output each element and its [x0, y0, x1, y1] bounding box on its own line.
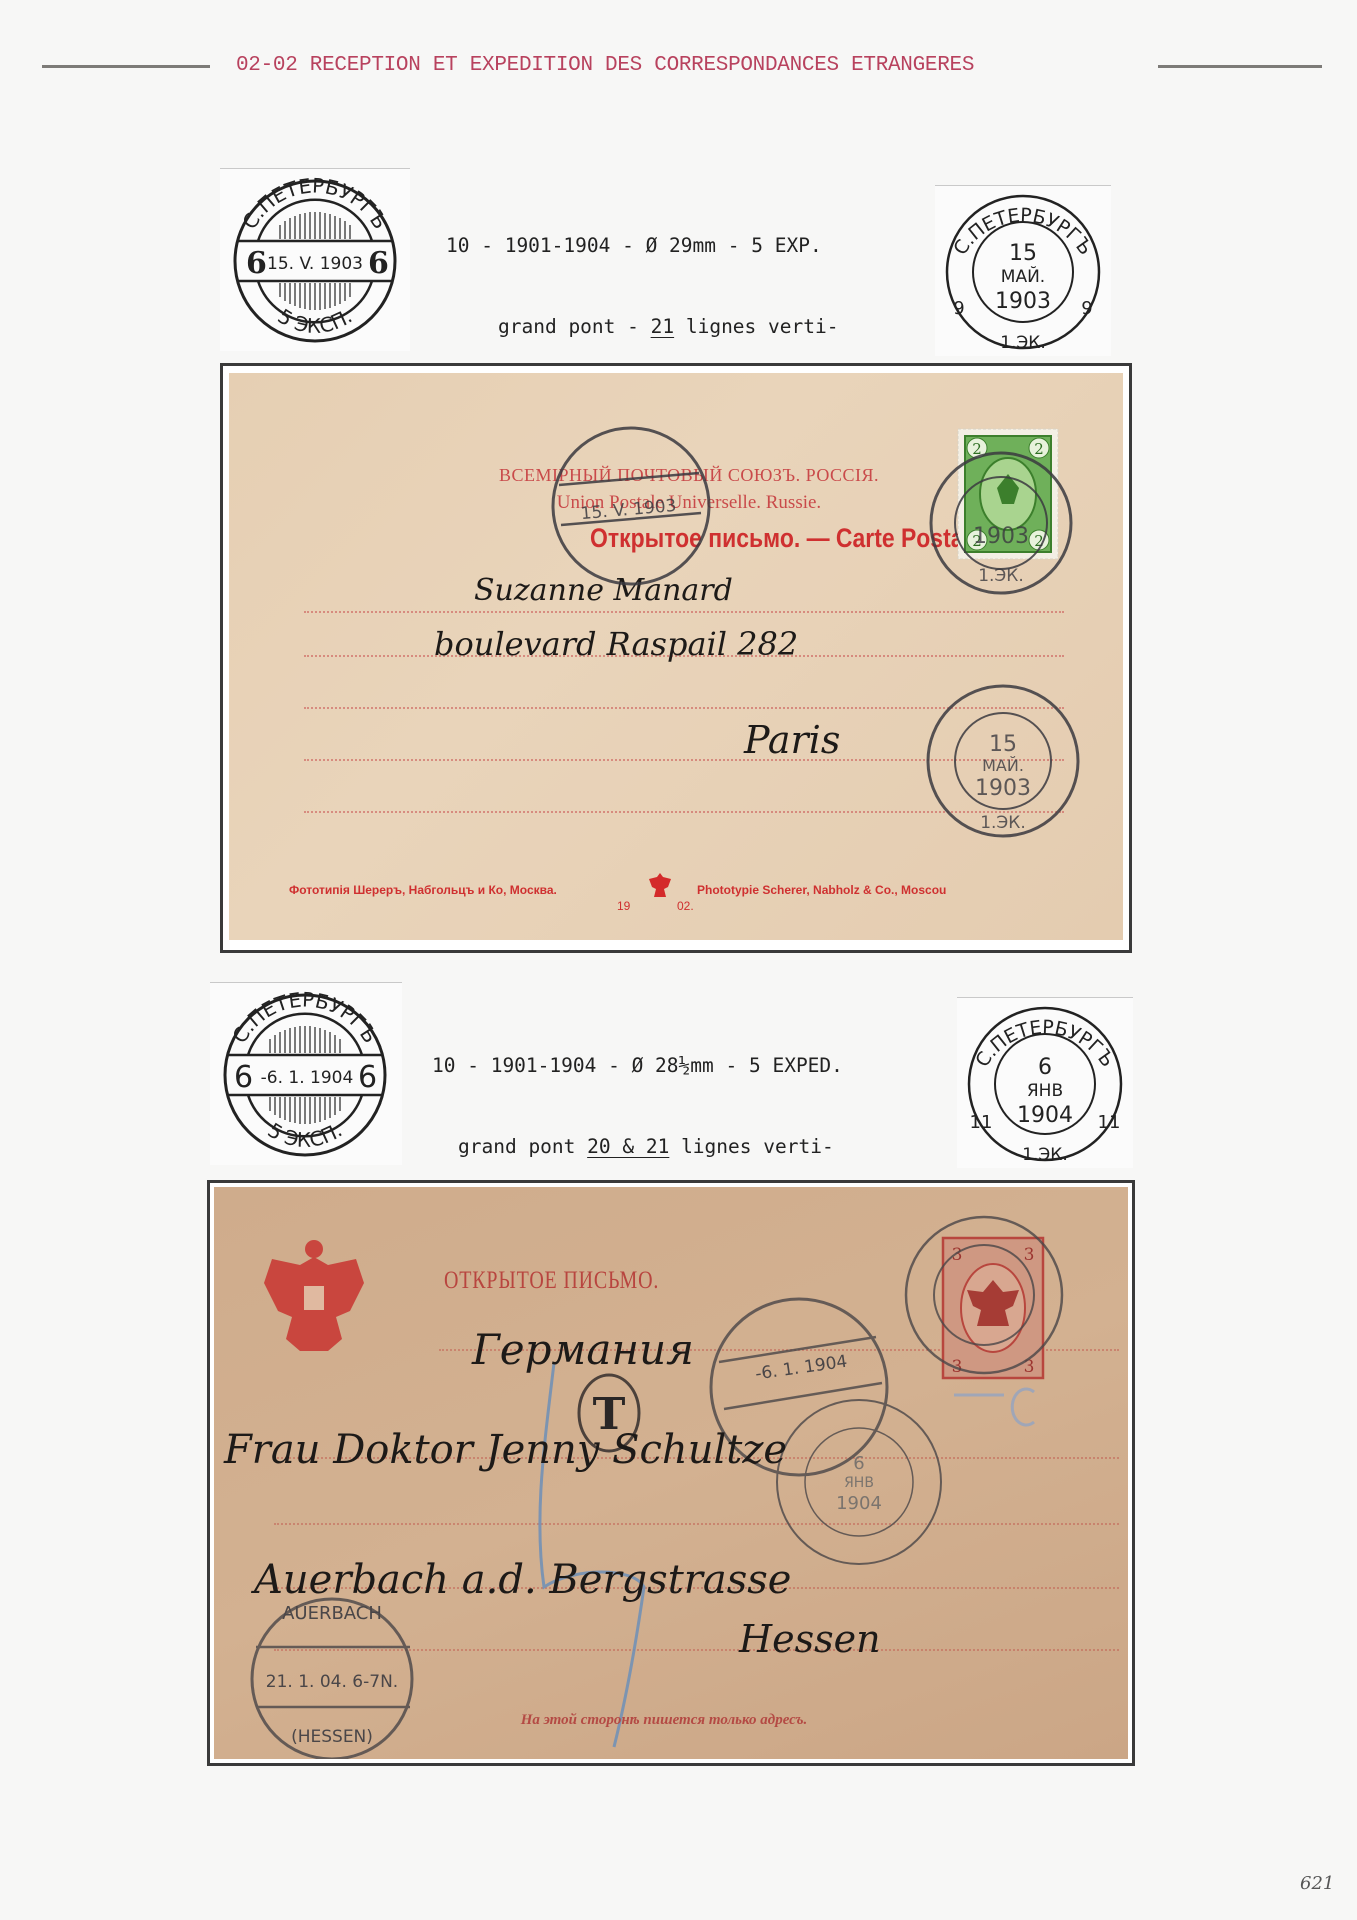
svg-text:-6. 1. 1904: -6. 1. 1904 [261, 1068, 354, 1088]
postcard-1903: ВСЕМІРНЫЙ ПОЧТОВЫЙ СОЮЗЪ. РОССІЯ. Union … [229, 373, 1123, 940]
card-postmarks: T -6. 1. 1904 6 ЯНВ 1904 AUERBACH 21. 1.… [214, 1187, 1128, 1759]
svg-text:ЯНВ: ЯНВ [1027, 1081, 1063, 1101]
header-rule-left [42, 65, 210, 68]
postcard-mount-2: ОТКРЫТОЕ ПИСЬМО. 3 3 3 3 [207, 1180, 1135, 1766]
svg-text:МАЙ.: МАЙ. [982, 756, 1024, 775]
svg-text:6: 6 [358, 1060, 377, 1095]
svg-text:9: 9 [953, 298, 964, 319]
svg-text:1903: 1903 [973, 524, 1029, 549]
svg-text:6: 6 [368, 246, 389, 281]
svg-text:6: 6 [853, 1453, 864, 1474]
origin-cancel-illustration-2: С.ПЕТЕРБУРГЪ 1.ЭК. 6 ЯНВ 1904 11 11 [957, 997, 1133, 1168]
svg-text:1.ЭК.: 1.ЭК. [980, 813, 1026, 833]
description-line: 10 - 1901-1904 - Ø 28½mm - 5 EXPED. [432, 1052, 843, 1079]
description-line: grand pont 20 & 21 lignes verti- [432, 1133, 843, 1160]
card-postmarks: 15. V. 1903 15 МАЙ. 1903 1.ЭК. 1903 1.ЭК… [229, 373, 1123, 940]
svg-text:1903: 1903 [975, 776, 1031, 801]
svg-text:1.ЭК.: 1.ЭК. [1022, 1145, 1068, 1165]
postcard-1904: ОТКРЫТОЕ ПИСЬМО. 3 3 3 3 [214, 1187, 1128, 1759]
svg-text:6: 6 [1038, 1055, 1052, 1080]
printer-imprint-ru: Фототипія Шереръ, Набгольцъ и Ко, Москва… [289, 883, 557, 897]
page-header: 02-02 RECEPTION ET EXPEDITION DES CORRES… [0, 52, 1357, 82]
postcard-mount-1: ВСЕМІРНЫЙ ПОЧТОВЫЙ СОЮЗЪ. РОССІЯ. Union … [220, 363, 1132, 953]
description-line: 10 - 1901-1904 - Ø 29mm - 5 EXP. [446, 232, 838, 259]
svg-text:6: 6 [246, 246, 267, 281]
svg-text:1903: 1903 [995, 289, 1051, 314]
print-year-left: 19 [617, 899, 630, 913]
imperial-eagle-icon [647, 871, 673, 901]
svg-text:1.ЭК.: 1.ЭК. [1000, 333, 1046, 353]
svg-text:МАЙ.: МАЙ. [1001, 265, 1045, 287]
address-line: Германия [472, 1325, 694, 1374]
transit-cancel-illustration-2: С.ПЕТЕРБУРГЪ 5 ЭКСП. 6 6 -6. 1. 1904 [210, 982, 402, 1165]
address-line: Auerbach a.d. Bergstrasse [254, 1557, 791, 1603]
svg-text:11: 11 [970, 1112, 993, 1133]
svg-text:15. V. 1903: 15. V. 1903 [267, 254, 363, 274]
svg-text:AUERBACH: AUERBACH [282, 1603, 382, 1624]
header-rule-right [1158, 65, 1322, 68]
transit-cancel-illustration-1: С.ПЕТЕРБУРГЪ 5 ЭКСП. 6 6 15. V. 1903 [220, 168, 410, 351]
svg-text:15: 15 [1009, 241, 1037, 266]
page-number: 621 [1300, 1873, 1334, 1894]
svg-text:1.ЭК.: 1.ЭК. [978, 566, 1024, 586]
svg-text:9: 9 [1081, 298, 1092, 319]
svg-text:15. V. 1903: 15. V. 1903 [580, 496, 677, 524]
svg-text:(HESSEN): (HESSEN) [291, 1727, 373, 1747]
svg-text:-6. 1. 1904: -6. 1. 1904 [754, 1352, 849, 1385]
svg-text:1904: 1904 [836, 1493, 882, 1514]
print-year-right: 02. [677, 899, 694, 913]
svg-text:11: 11 [1098, 1112, 1121, 1133]
printer-imprint-fr: Phototypie Scherer, Nabholz & Co., Mosco… [697, 883, 946, 897]
svg-text:15: 15 [989, 732, 1017, 757]
svg-text:1904: 1904 [1017, 1103, 1073, 1128]
description-line: grand pont - 21 lignes verti- [446, 313, 838, 340]
svg-text:6: 6 [234, 1060, 253, 1095]
svg-text:21. 1. 04. 6-7N.: 21. 1. 04. 6-7N. [266, 1672, 398, 1692]
card-footer-note: На этой сторонѣ пишется только адресъ. [454, 1712, 874, 1729]
address-line: Frau Doktor Jenny Schultze [224, 1427, 787, 1473]
svg-text:ЯНВ: ЯНВ [844, 1475, 874, 1491]
origin-cancel-illustration-1: С.ПЕТЕРБУРГЪ 1.ЭК. 15 МАЙ. 1903 9 9 [935, 185, 1111, 356]
address-line: Hessen [739, 1617, 881, 1661]
page-title: 02-02 RECEPTION ET EXPEDITION DES CORRES… [236, 54, 974, 77]
